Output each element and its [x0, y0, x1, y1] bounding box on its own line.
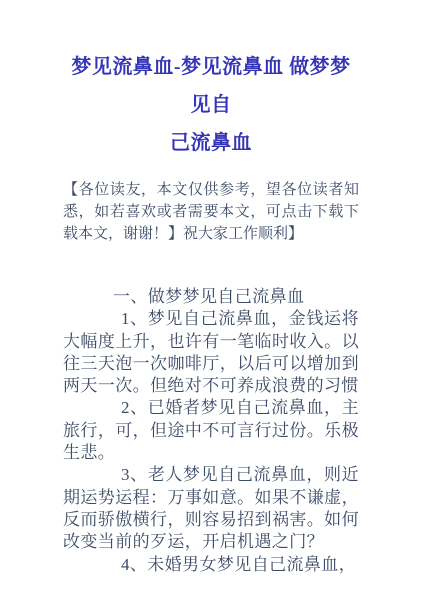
- body-paragraph-3: 3、老人梦见自己流鼻血，则近期运势运程：万事如意。如果不谦虚，反而骄傲横行，则容…: [63, 464, 359, 553]
- document-body: 一、做梦梦见自己流鼻血 1、梦见自己流鼻血，金钱运将大幅度上升，也许有一笔临时收…: [63, 286, 359, 576]
- body-paragraph-2: 2、已婚者梦见自己流鼻血，主旅行，可，但途中不可言行过份。乐极生悲。: [63, 397, 359, 464]
- document-title-line-1: 梦见流鼻血-梦见流鼻血 做梦梦见自: [63, 48, 359, 124]
- document-page: 梦见流鼻血-梦见流鼻血 做梦梦见自 己流鼻血 【各位读友，本文仅供参考，望各位读…: [0, 0, 423, 600]
- body-paragraph-1: 1、梦见自己流鼻血，金钱运将大幅度上升，也许有一笔临时收入。以往三天泡一次咖啡厅…: [63, 308, 359, 397]
- reader-notice: 【各位读友，本文仅供参考，望各位读者知悉，如若喜欢或者需要本文，可点击下载下载本…: [63, 179, 359, 245]
- document-title-line-2: 己流鼻血: [63, 124, 359, 162]
- reader-notice-text: 【各位读友，本文仅供参考，望各位读者知悉，如若喜欢或者需要本文，可点击下载下载本…: [63, 179, 359, 245]
- section-heading: 一、做梦梦见自己流鼻血: [63, 286, 359, 308]
- body-paragraph-4: 4、未婚男女梦见自己流鼻血，: [63, 554, 359, 576]
- document-title: 梦见流鼻血-梦见流鼻血 做梦梦见自 己流鼻血: [63, 48, 359, 162]
